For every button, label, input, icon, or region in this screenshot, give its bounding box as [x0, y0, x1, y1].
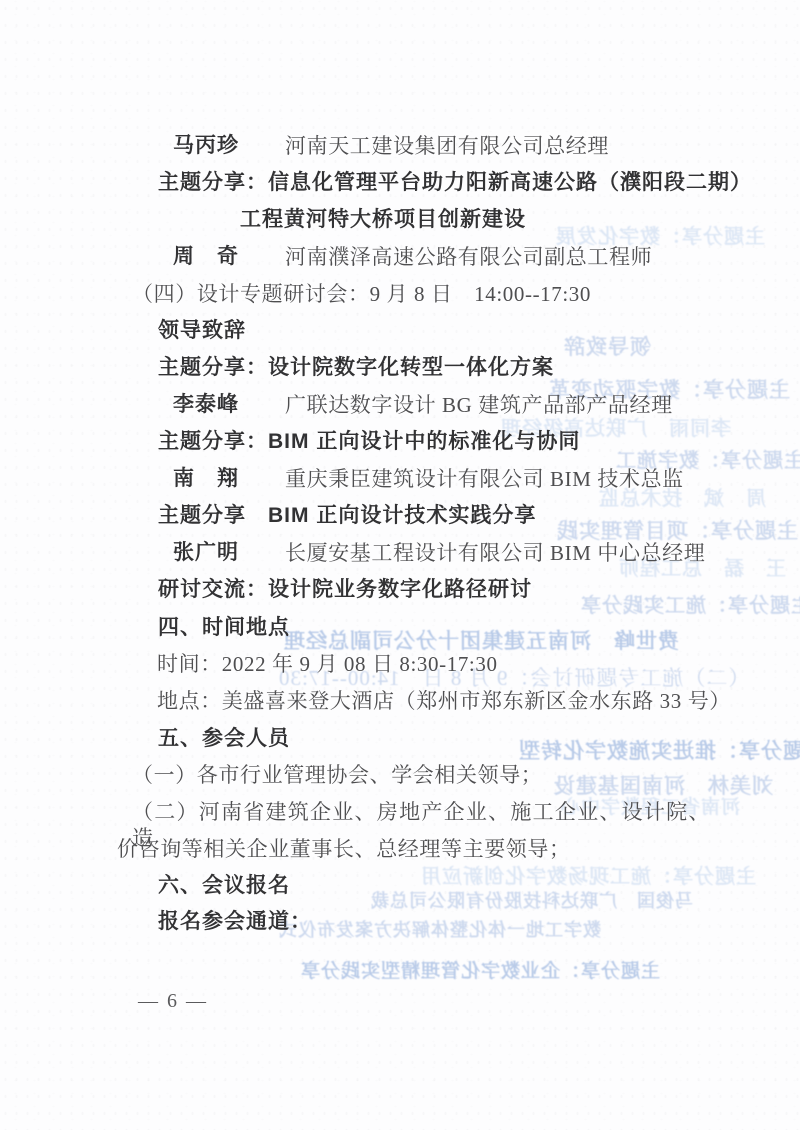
document-line: 周 奇 — [173, 244, 239, 270]
document-line: 广联达数字设计 BG 建筑产品部产品经理 — [285, 392, 673, 418]
document-line: 研讨交流：设计院业务数字化路径研讨 — [158, 577, 532, 603]
document-line: 主题分享：BIM 正向设计中的标准化与协同 — [158, 429, 580, 455]
document-line: 时间：2022 年 9 月 08 日 8:30-17:30 — [157, 651, 498, 677]
document-line: （一）各市行业管理协会、学会相关领导； — [132, 762, 542, 788]
document-line: 四、时间地点 — [158, 615, 290, 641]
document-text-layer: 马丙珍河南天工建设集团有限公司总经理主题分享：信息化管理平台助力阳新高速公路（濮… — [0, 0, 800, 1130]
document-line: （四）设计专题研讨会：9 月 8 日 14:00--17:30 — [132, 281, 591, 307]
document-line: 主题分享：设计院数字化转型一体化方案 — [158, 355, 554, 381]
document-line: 南 翔 — [173, 466, 239, 492]
document-line: 河南天工建设集团有限公司总经理 — [285, 133, 609, 159]
document-line: 长厦安基工程设计有限公司 BIM 中心总经理 — [285, 540, 705, 566]
scanned-document-page: 主题分享：数字化发展领导致辞主题分享：数字驱动变革李同雨 广联达高级经理主题分享… — [0, 0, 800, 1130]
document-line: 价咨询等相关企业董事长、总经理等主要领导； — [117, 836, 571, 862]
document-line: 河南濮泽高速公路有限公司副总工程师 — [285, 244, 652, 270]
document-line: 六、会议报名 — [158, 873, 290, 899]
document-line: 领导致辞 — [158, 318, 246, 344]
document-line: 主题分享：信息化管理平台助力阳新高速公路（濮阳段二期） — [158, 170, 752, 196]
document-line: 地点：美盛喜来登大酒店（郑州市郑东新区金水东路 33 号） — [157, 688, 731, 714]
document-line: 李泰峰 — [173, 392, 239, 418]
document-line: 重庆秉臣建筑设计有限公司 BIM 技术总监 — [285, 466, 684, 492]
document-line: 五、参会人员 — [158, 726, 290, 752]
document-line: 张广明 — [173, 540, 239, 566]
document-line: 主题分享 BIM 正向设计技术实践分享 — [158, 503, 536, 529]
document-line: 工程黄河特大桥项目创新建设 — [240, 207, 526, 233]
document-line: 马丙珍 — [173, 133, 239, 159]
document-line: 报名参会通道： — [158, 909, 312, 935]
